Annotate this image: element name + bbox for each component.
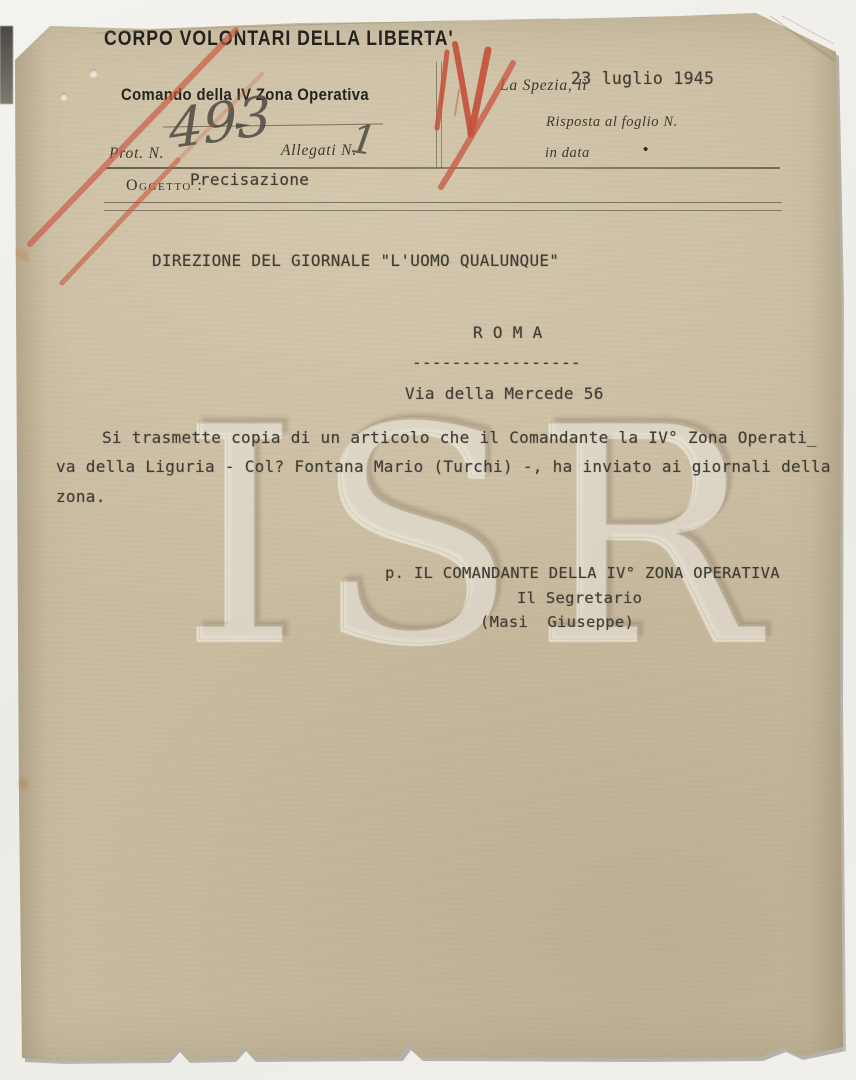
prot-value-handwritten: 493 [168, 84, 272, 162]
bullet-dot-icon: • [643, 141, 648, 158]
body-line: Si trasmette copia di un articolo che il… [102, 430, 817, 446]
org-name: CORPO VOLONTARI DELLA LIBERTA' [104, 27, 454, 51]
scan-background: ISR CORPO VOLONTARI DELLA LIBERTA' Coman… [0, 0, 856, 1080]
signature-title: Il Segretario [517, 591, 642, 607]
signature-name: (Masi Giuseppe) [480, 615, 634, 631]
risposta-label: Risposta al foglio N. [546, 114, 678, 131]
recipient-city-underline: ----------------- [412, 355, 581, 371]
letter-content: CORPO VOLONTARI DELLA LIBERTA' Comando d… [0, 0, 856, 1080]
form-rule-double [104, 202, 782, 211]
prot-label: Prot. N. [109, 145, 164, 163]
body-line: zona. [56, 489, 106, 505]
allegati-label: Allegati N. [281, 142, 357, 160]
in-data-label: in data [545, 145, 590, 162]
dateline-date: 23 luglio 1945 [571, 71, 714, 88]
recipient-address: Via della Mercede 56 [405, 386, 604, 402]
form-rule-vertical-divider [436, 62, 442, 168]
oggetto-value: Precisazione [190, 172, 309, 188]
form-rule-horizontal [106, 167, 780, 169]
allegati-value-handwritten: 1 [348, 116, 380, 165]
signature-role: p. IL COMANDANTE DELLA IV° ZONA OPERATIV… [385, 566, 780, 582]
body-line: va della Liguria - Col? Fontana Mario (T… [56, 459, 831, 475]
recipient-name: DIREZIONE DEL GIORNALE "L'UOMO QUALUNQUE… [152, 253, 559, 269]
recipient-city: R O M A [473, 325, 543, 341]
